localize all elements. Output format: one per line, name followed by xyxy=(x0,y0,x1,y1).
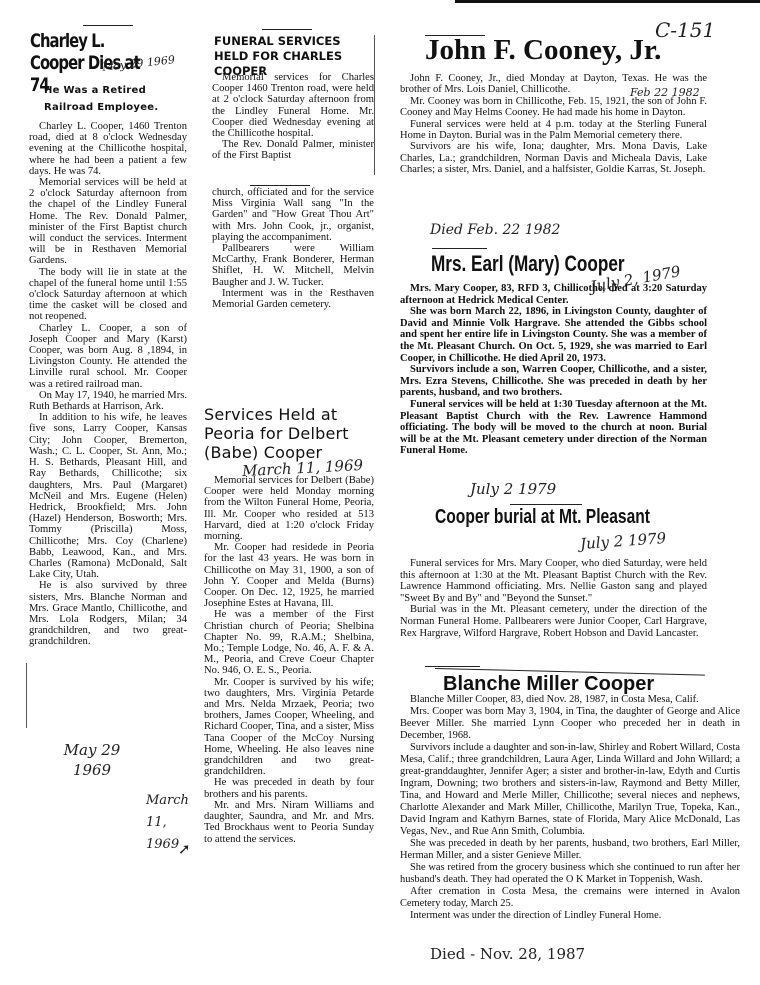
paragraph: Mrs. Mary Cooper, 83, RFD 3, Chillicothe… xyxy=(400,283,707,306)
top-border-bar xyxy=(455,0,760,3)
blanche-died-annotation: Died - Nov. 28, 1987 xyxy=(430,945,585,963)
burial-date-annotation: July 2 1979 xyxy=(579,529,666,553)
paragraph: Interment was under the direction of Lin… xyxy=(400,910,740,922)
clipping-edge xyxy=(26,663,27,728)
blanche-article-body: Blanche Miller Cooper, 83, died Nov. 28,… xyxy=(400,694,740,922)
divider-rule xyxy=(250,185,310,186)
divider-rule xyxy=(425,666,480,667)
divider-rule xyxy=(262,29,312,30)
paragraph: Interment was in the Resthaven Memorial … xyxy=(212,288,374,310)
paragraph: She was preceded in death by her parents… xyxy=(400,838,740,862)
paragraph: Funeral services will be held at 1:30 Tu… xyxy=(400,399,707,457)
arrow-annotation-icon: ➚ xyxy=(178,840,191,858)
charles-article-body-part2: church, officiated and for the service M… xyxy=(212,187,374,310)
paragraph: Pallbearers were William McCarthy, Frank… xyxy=(212,243,374,288)
charley-article-body: Charley L. Cooper, 1460 Trenton road, di… xyxy=(29,121,187,648)
earl-headline: Mrs. Earl (Mary) Cooper xyxy=(431,252,625,276)
divider-rule xyxy=(83,25,133,26)
paragraph: Mr. Cooper is survived by his wife; two … xyxy=(204,677,374,778)
paragraph: Burial was in the Mt. Pleasant cemetery,… xyxy=(400,604,707,639)
burial-date-annotation-above: July 2 1979 xyxy=(470,480,556,498)
burial-headline: Cooper burial at Mt. Pleasant xyxy=(435,506,650,528)
paragraph: On May 17, 1940, he married Mrs. Ruth Be… xyxy=(29,390,187,412)
paragraph: In addition to his wife, he leaves five … xyxy=(29,412,187,580)
paragraph: Mr. Cooney was born in Chillicothe, Feb.… xyxy=(400,96,707,119)
paragraph: Funeral services for Mrs. Mary Cooper, w… xyxy=(400,558,707,604)
paragraph: She was retired from the grocery busines… xyxy=(400,862,740,886)
paragraph: After cremation in Costa Mesa, the crema… xyxy=(400,886,740,910)
divider-rule xyxy=(432,248,487,249)
cooney-date-annotation: Feb 22 1982 xyxy=(630,86,700,99)
delbert-article-body: Memorial services for Delbert (Babe) Coo… xyxy=(204,475,374,845)
paragraph: The body will lie in state at the chapel… xyxy=(29,267,187,323)
paragraph: Charley L. Cooper, 1460 Trenton road, di… xyxy=(29,121,187,177)
earl-article-body: Mrs. Mary Cooper, 83, RFD 3, Chillicothe… xyxy=(400,283,707,457)
paragraph: He was preceded in death by four brother… xyxy=(204,777,374,799)
paragraph: Charley L. Cooper, a son of Joseph Coope… xyxy=(29,323,187,390)
paragraph: Memorial services for Delbert (Babe) Coo… xyxy=(204,475,374,542)
paragraph: Mrs. Cooper was born May 3, 1904, in Tin… xyxy=(400,706,740,742)
paragraph: Mr. and Mrs. Niram Williams and daughter… xyxy=(204,800,374,845)
cooney-died-annotation: Died Feb. 22 1982 xyxy=(430,222,560,238)
burial-article-body: Funeral services for Mrs. Mary Cooper, w… xyxy=(400,558,707,639)
delbert-side-annotation: March 11, 1969 xyxy=(146,790,201,856)
paragraph: She was born March 22, 1896, in Livingst… xyxy=(400,306,707,364)
cooney-headline: John F. Cooney, Jr. xyxy=(425,34,661,66)
paragraph: Survivors include a daughter and son-in-… xyxy=(400,742,740,838)
divider-rule xyxy=(510,504,582,505)
paragraph: Mr. Cooper had residede in Peoria for th… xyxy=(204,542,374,609)
paragraph: Funeral services were held at 4 p.m. tod… xyxy=(400,119,707,142)
paragraph: Memorial services will be held at 2 o'cl… xyxy=(29,177,187,267)
charles-article-body-part1: Memorial services for Charles Cooper 146… xyxy=(212,72,374,162)
blanche-headline: Blanche Miller Cooper xyxy=(443,673,654,695)
paragraph: He is also survived by three sisters, Mr… xyxy=(29,580,187,647)
clipping-edge xyxy=(374,35,375,175)
paragraph: Blanche Miller Cooper, 83, died Nov. 28,… xyxy=(400,694,740,706)
delbert-headline: Services Held at Peoria for Delbert (Bab… xyxy=(204,405,374,462)
charley-date-annotation-bottom: May 29 1969 xyxy=(62,740,122,780)
charley-subheadline: He Was a Retired Railroad Employee. xyxy=(44,82,184,116)
page-label: C-151 xyxy=(655,18,715,42)
paragraph: The Rev. Donald Palmer, minister of the … xyxy=(212,139,374,161)
paragraph: He was a member of the First Christian c… xyxy=(204,609,374,676)
paragraph: church, officiated and for the service M… xyxy=(212,187,374,243)
paragraph: Survivors are his wife, Iona; daughter, … xyxy=(400,141,707,175)
paragraph: Memorial services for Charles Cooper 146… xyxy=(212,72,374,139)
paragraph: Survivors include a son, Warren Cooper, … xyxy=(400,364,707,399)
